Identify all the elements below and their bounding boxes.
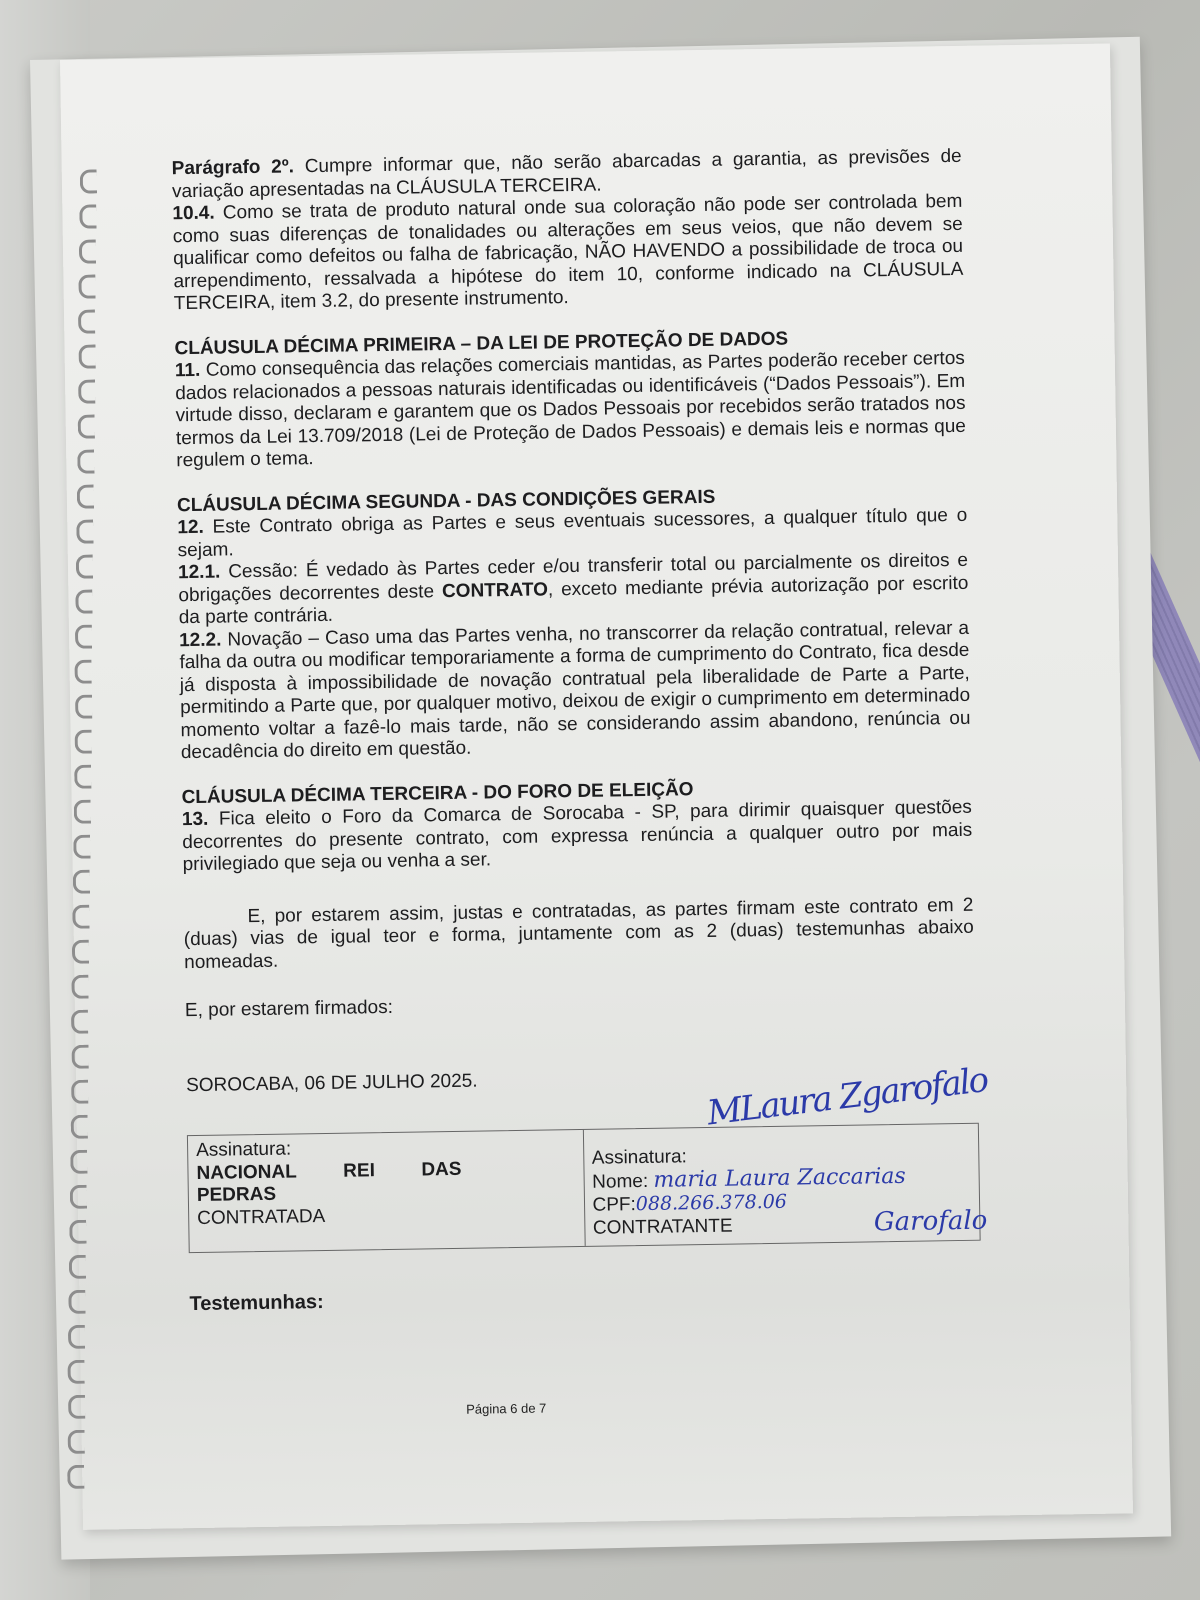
contratante-cell: Assinatura: Nome: maria Laura Zaccarias … bbox=[582, 1124, 979, 1246]
spiral-ring bbox=[71, 1080, 88, 1104]
spiral-binding bbox=[80, 169, 141, 1509]
spiral-ring bbox=[78, 309, 95, 333]
spiral-ring bbox=[77, 485, 94, 509]
item-11: 11. Como consequência das relações comer… bbox=[175, 348, 967, 473]
spiral-ring bbox=[67, 1430, 84, 1454]
spiral-ring bbox=[78, 344, 95, 368]
item-12-1-bold: CONTRATO bbox=[442, 579, 548, 602]
item-13-label: 13. bbox=[182, 809, 209, 830]
surname-handwritten: Garofalo bbox=[874, 1209, 988, 1233]
spiral-ring bbox=[71, 1045, 88, 1069]
paragrafo-2-label: Parágrafo 2º. bbox=[172, 156, 295, 179]
firmados-line: E, por estarem firmados: bbox=[185, 988, 975, 1023]
item-10-4-text: Como se trata de produto natural onde su… bbox=[173, 191, 964, 314]
nome-handwritten: maria Laura Zaccarias bbox=[653, 1163, 906, 1192]
nome-label: Nome: bbox=[592, 1170, 654, 1192]
spiral-ring bbox=[75, 660, 92, 684]
contratada-cell: Assinatura: NACIONAL REI DAS PEDRAS CONT… bbox=[188, 1130, 584, 1252]
clausula-12: CLÁUSULA DÉCIMA SEGUNDA - DAS CONDIÇÕES … bbox=[177, 482, 971, 764]
spiral-ring bbox=[76, 590, 93, 614]
spiral-ring bbox=[68, 1325, 85, 1349]
item-12-2-text: Novação – Caso uma das Partes venha, no … bbox=[179, 617, 970, 763]
closing-paragraph: E, por estarem assim, justas e contratad… bbox=[183, 894, 974, 974]
spiral-ring bbox=[79, 274, 96, 298]
spiral-ring bbox=[72, 975, 89, 999]
contract-page: Parágrafo 2º. Cumpre informar que, não s… bbox=[60, 44, 1133, 1530]
spiral-ring bbox=[77, 415, 94, 439]
item-12-2-label: 12.2. bbox=[179, 629, 222, 651]
spiral-ring bbox=[72, 905, 89, 929]
spiral-ring bbox=[70, 1150, 87, 1174]
spiral-ring bbox=[77, 450, 94, 474]
witnesses-label: Testemunhas: bbox=[189, 1281, 979, 1316]
spiral-ring bbox=[80, 169, 97, 193]
spiral-ring bbox=[67, 1465, 84, 1489]
spiral-ring bbox=[70, 1185, 87, 1209]
spiral-ring bbox=[73, 870, 90, 894]
spiral-ring bbox=[74, 730, 91, 754]
cpf-label: CPF: bbox=[592, 1194, 636, 1216]
spiral-ring bbox=[73, 835, 90, 859]
spiral-ring bbox=[69, 1255, 86, 1279]
item-10-4-label: 10.4. bbox=[172, 203, 215, 225]
signature-table: Assinatura: NACIONAL REI DAS PEDRAS CONT… bbox=[187, 1123, 981, 1253]
spiral-ring bbox=[70, 1115, 87, 1139]
item-13: 13. Fica eleito o Foro da Comarca de Sor… bbox=[182, 797, 973, 877]
item-12-label: 12. bbox=[177, 517, 204, 538]
spiral-ring bbox=[76, 555, 93, 579]
spiral-ring bbox=[74, 695, 91, 719]
item-13-text: Fica eleito o Foro da Comarca de Sorocab… bbox=[182, 797, 972, 875]
item-12-1-label: 12.1. bbox=[178, 562, 221, 584]
spiral-ring bbox=[68, 1360, 85, 1384]
spiral-ring bbox=[71, 1010, 88, 1034]
spiral-ring bbox=[79, 204, 96, 228]
clausula-11: CLÁUSULA DÉCIMA PRIMEIRA – DA LEI DE PRO… bbox=[174, 325, 966, 472]
item-12-1: 12.1. Cessão: É vedado às Partes ceder e… bbox=[178, 550, 969, 630]
spiral-ring bbox=[74, 765, 91, 789]
spiral-ring bbox=[78, 379, 95, 403]
page-number: Página 6 de 7 bbox=[81, 1394, 931, 1422]
item-10-4: 10.4. Como se trata de produto natural o… bbox=[172, 191, 964, 316]
item-11-label: 11. bbox=[175, 360, 201, 381]
page-content: Parágrafo 2º. Cumpre informar que, não s… bbox=[172, 146, 980, 1316]
spiral-ring bbox=[75, 625, 92, 649]
spiral-ring bbox=[69, 1290, 86, 1314]
contratada-name-word: NACIONAL bbox=[196, 1161, 297, 1185]
spiral-ring bbox=[76, 520, 93, 544]
item-12-2: 12.2. Novação – Caso uma das Partes venh… bbox=[179, 617, 971, 764]
contratada-name-word: DAS bbox=[421, 1158, 461, 1181]
contratada-assinatura-label: Assinatura: bbox=[196, 1134, 577, 1162]
contratada-name-line1: NACIONAL REI DAS bbox=[196, 1158, 461, 1185]
spiral-ring bbox=[73, 800, 90, 824]
item-11-text: Como consequência das relações comerciai… bbox=[175, 348, 966, 471]
spiral-ring bbox=[69, 1220, 86, 1244]
spiral-ring bbox=[72, 940, 89, 964]
cpf-handwritten: 088.266.378.06 bbox=[636, 1191, 787, 1215]
clausula-13: CLÁUSULA DÉCIMA TERCEIRA - DO FORO DE EL… bbox=[181, 774, 972, 876]
contratada-name-word: REI bbox=[343, 1160, 375, 1183]
spiral-ring bbox=[79, 239, 96, 263]
